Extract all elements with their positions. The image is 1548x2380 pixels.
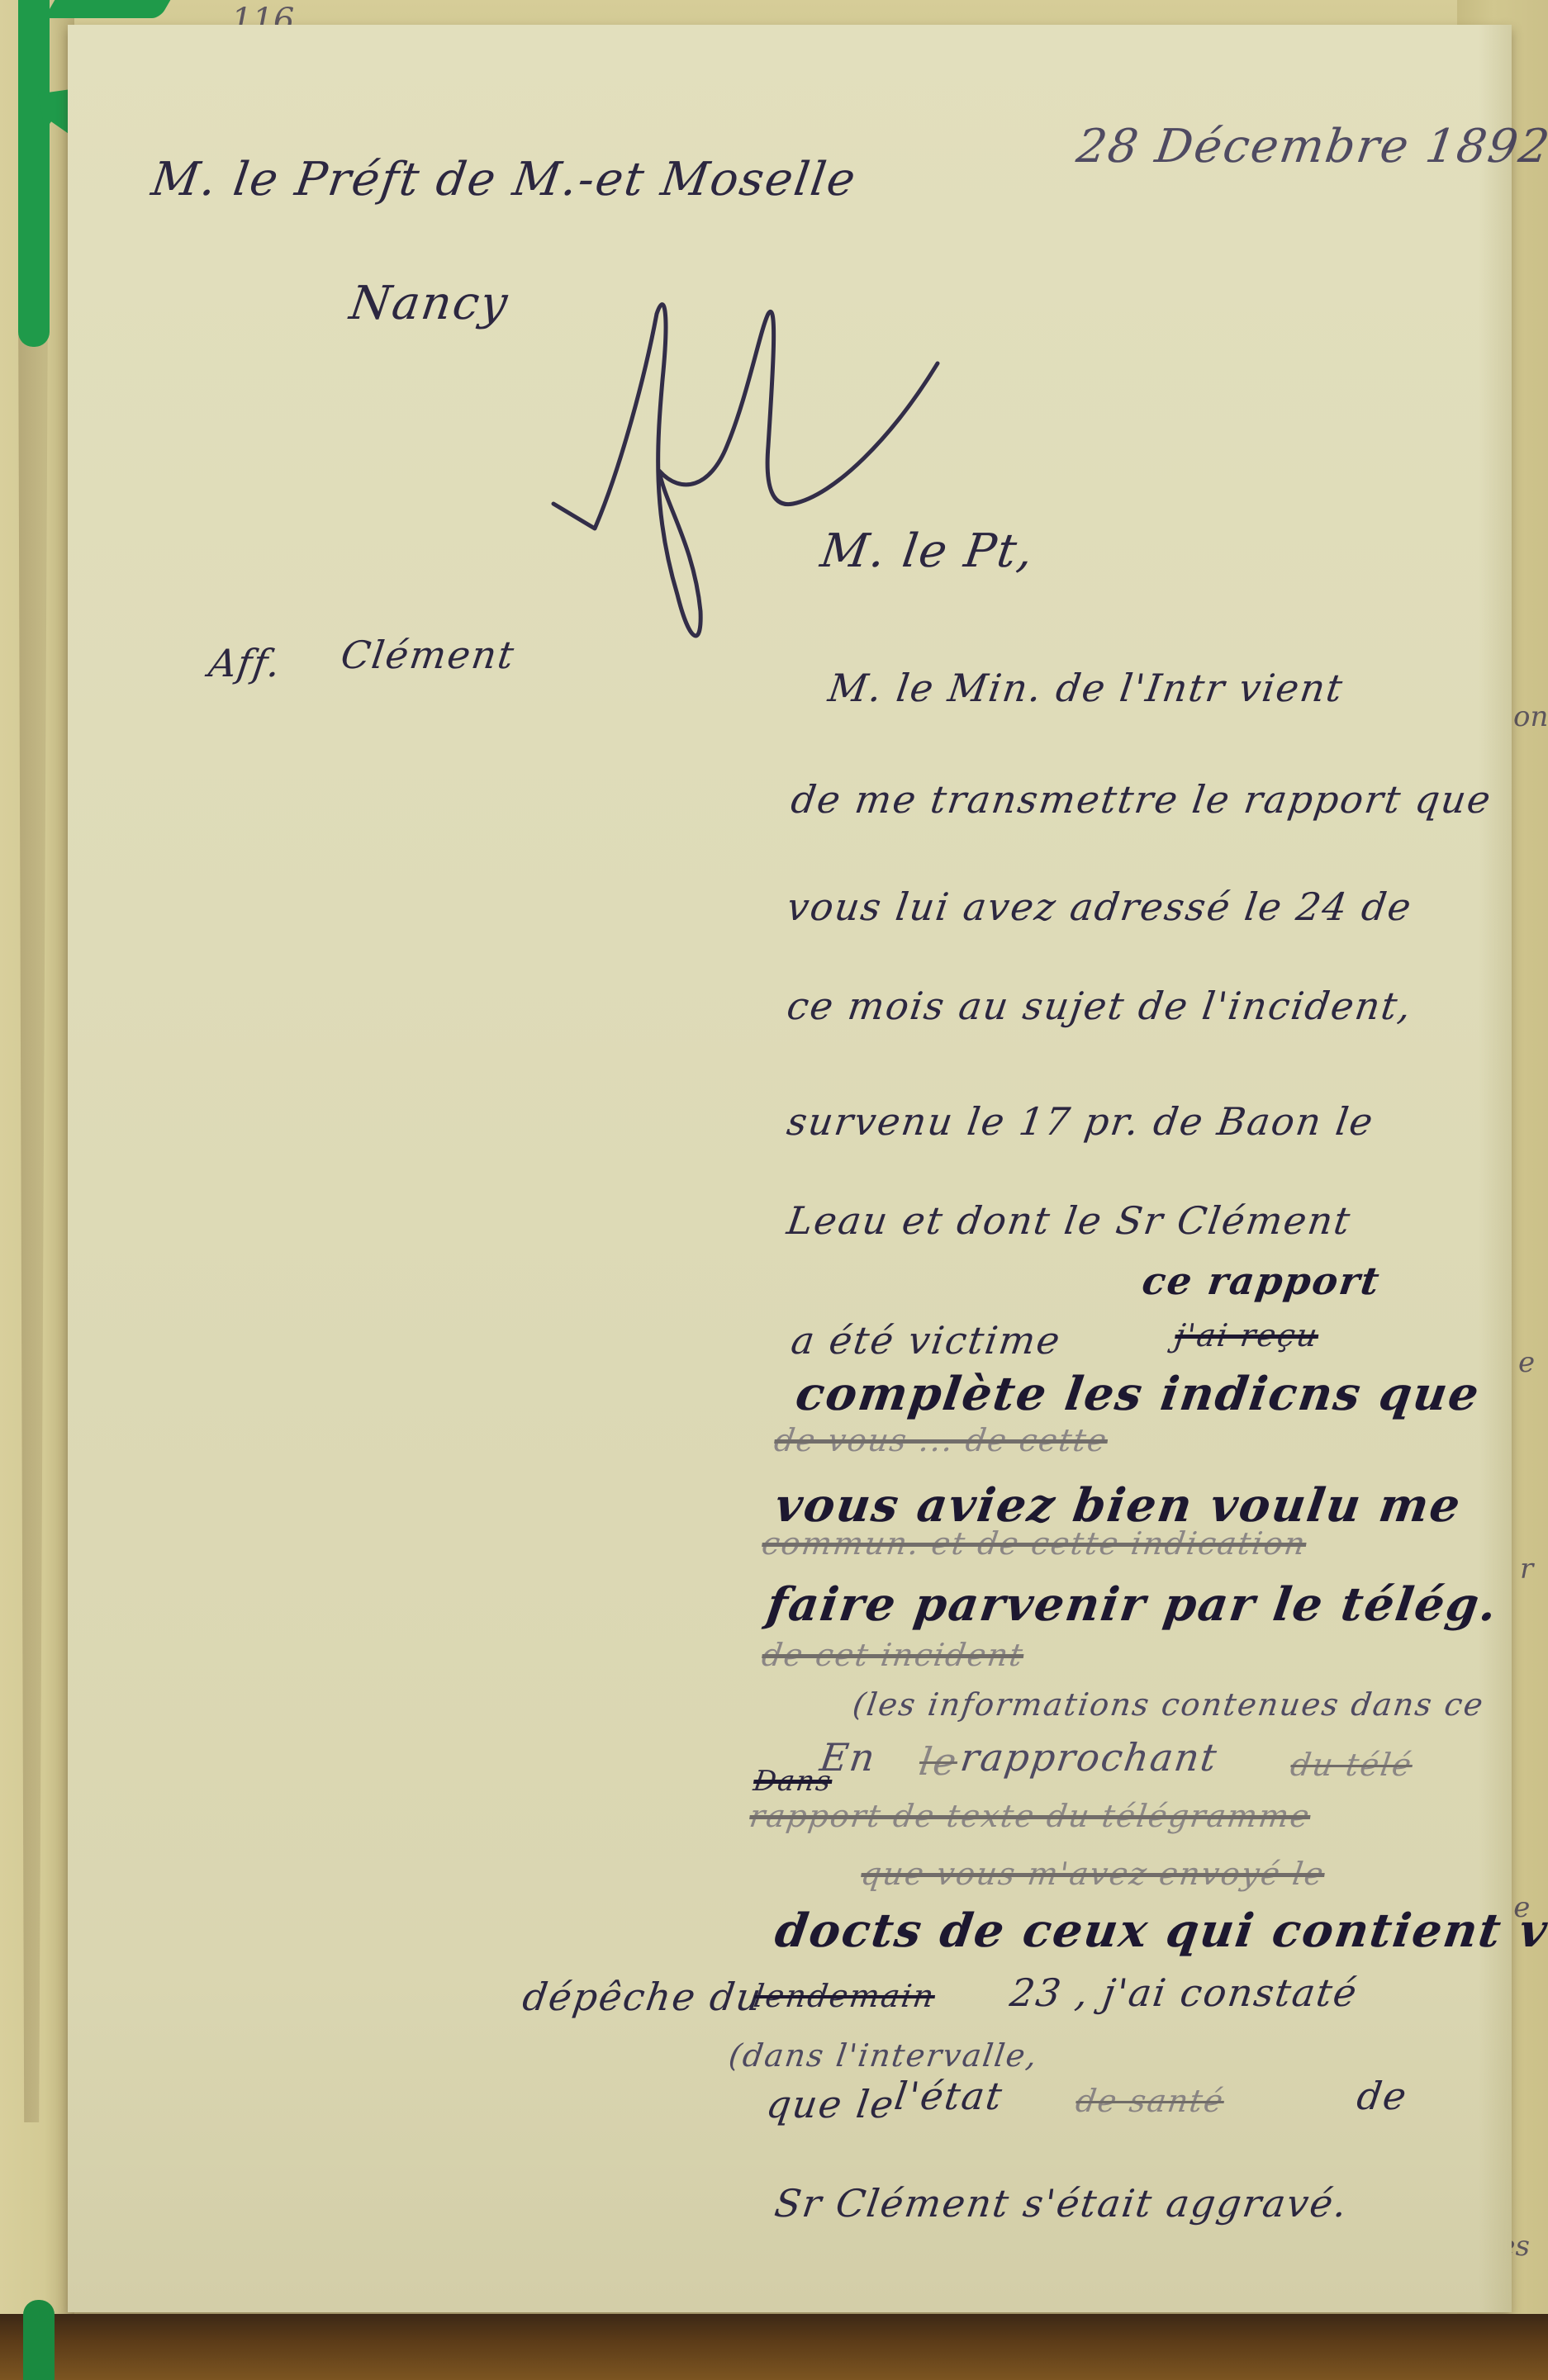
body-line: Sr Clément s'était aggravé.	[772, 2184, 1351, 2222]
body-line: vous lui avez adressé le 24 de	[785, 888, 1415, 926]
document-photo: 116 on e r er me ères M. le Préft de M.-…	[0, 0, 1548, 2380]
green-ribbon	[45, 0, 171, 18]
struck-text: de vous ... de cette	[772, 1425, 1110, 1456]
struck-text: le	[917, 1742, 960, 1780]
struck-text: j'ai reçu	[1173, 1320, 1321, 1351]
struck-text: commun. et de cette indication	[760, 1528, 1308, 1559]
body-line: de me transmettre le rapport que	[789, 780, 1494, 818]
addressee-line: M. le Préft de M.-et Moselle	[149, 157, 859, 203]
insertion-text: ce rapport	[1140, 1262, 1383, 1300]
body-line-revised: vous aviez bien voulu me	[772, 1482, 1465, 1529]
body-line: a été victime	[789, 1321, 1064, 1359]
body-word: de	[1355, 2077, 1410, 2115]
body-word: l'état	[892, 2077, 1005, 2115]
behind-page-fragment: r	[1520, 1553, 1533, 1586]
body-line: Leau et dont le Sr Clément	[785, 1202, 1354, 1240]
body-word: que le	[764, 2085, 897, 2123]
subject-name: Clément	[339, 636, 518, 674]
salutation: M. le Pt,	[818, 529, 1038, 575]
insertion-text: (les informations contenues dans ce	[851, 1689, 1486, 1720]
body-word: En	[818, 1738, 879, 1776]
body-line: M. le Min. de l'Intr vient	[826, 669, 1346, 707]
body-word: rapprochant	[958, 1738, 1220, 1776]
body-line: ce mois au sujet de l'incident,	[785, 987, 1415, 1025]
body-line-revised: complète les indicns que	[793, 1371, 1483, 1417]
wooden-table	[0, 2314, 1548, 2380]
insertion-text: (dans l'intervalle,	[727, 2040, 1040, 2071]
body-line: survenu le 17 pr. de Baon le	[785, 1102, 1377, 1140]
letter-date: 28 Décembre 1892	[1074, 124, 1548, 170]
body-line: dépêche du	[520, 1978, 765, 2016]
struck-text: de cet incident	[760, 1639, 1026, 1671]
behind-page-fragment: e	[1518, 1346, 1535, 1379]
struck-text: du télé	[1289, 1749, 1415, 1780]
struck-text: de santé	[1074, 2085, 1227, 2117]
green-ribbon	[23, 2300, 55, 2380]
body-line: 23 , j'ai constaté	[1008, 1974, 1360, 2012]
struck-text: que vous m'avez envoyé le	[859, 1858, 1327, 1889]
behind-page-fragment: on	[1513, 700, 1548, 733]
struck-text: rapport de texte du télégramme	[748, 1800, 1313, 1832]
struck-text: lendemain	[752, 1980, 938, 2012]
body-line-revised: docts de ceux qui contient votre	[772, 1908, 1548, 1954]
addressee-city: Nancy	[347, 281, 511, 327]
body-line-revised: faire parvenir par le télég.	[764, 1581, 1501, 1628]
subject-label: Aff.	[207, 644, 284, 682]
paraph-initials-icon	[520, 281, 950, 661]
green-ribbon	[18, 0, 50, 347]
